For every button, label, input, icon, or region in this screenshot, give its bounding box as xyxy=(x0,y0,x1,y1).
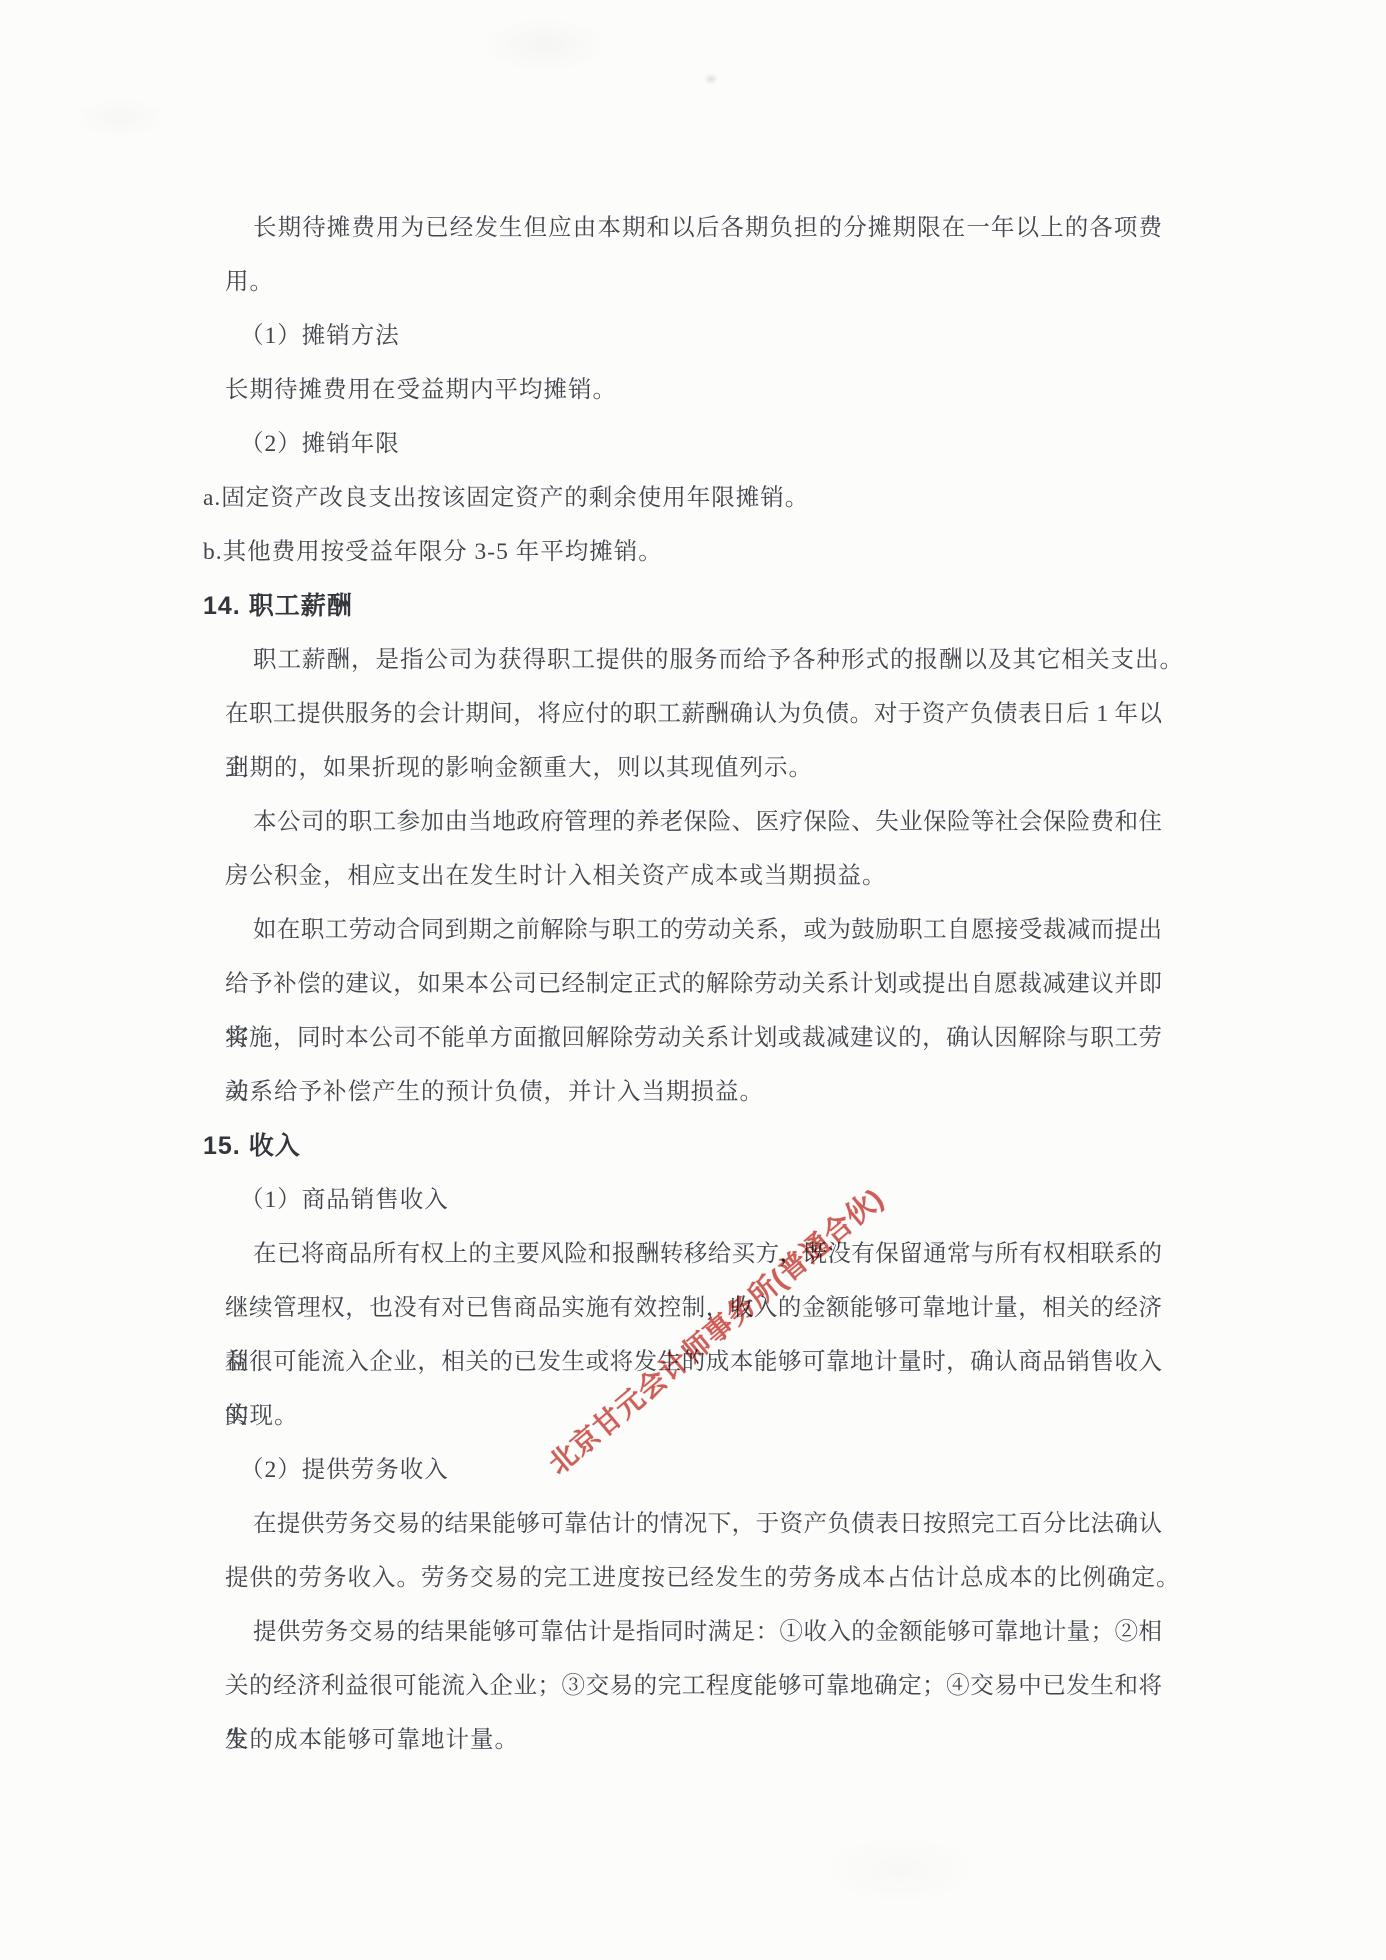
text-line: 生的成本能够可靠地计量。 xyxy=(225,1713,1162,1767)
text-line: （1）摊销方法 xyxy=(240,309,1162,363)
document-lines: 长期待摊费用为已经发生但应由本期和以后各期负担的分摊期限在一年以上的各项费用。（… xyxy=(200,201,1162,1767)
document-page: 长期待摊费用为已经发生但应由本期和以后各期负担的分摊期限在一年以上的各项费用。（… xyxy=(0,0,1386,1960)
text-line: 职工薪酬，是指公司为获得职工提供的服务而给予各种形式的报酬以及其它相关支出。 xyxy=(225,633,1162,687)
text-line: 长期待摊费用在受益期内平均摊销。 xyxy=(225,363,1162,417)
text-line: 长期待摊费用为已经发生但应由本期和以后各期负担的分摊期限在一年以上的各项费 xyxy=(225,201,1162,255)
text-line: （1）商品销售收入 xyxy=(240,1173,1162,1227)
section-heading: 15. 收入 xyxy=(203,1119,1162,1173)
text-line: a.固定资产改良支出按该固定资产的剩余使用年限摊销。 xyxy=(203,471,1162,525)
text-line: 用。 xyxy=(225,255,1162,309)
text-line: 在提供劳务交易的结果能够可靠估计的情况下，于资产负债表日按照完工百分比法确认 xyxy=(225,1497,1162,1551)
text-line: 实现。 xyxy=(225,1389,1162,1443)
text-line: 本公司的职工参加由当地政府管理的养老保险、医疗保险、失业保险等社会保险费和住 xyxy=(225,795,1162,849)
text-line: 如在职工劳动合同到期之前解除与职工的劳动关系，或为鼓励职工自愿接受裁减而提出 xyxy=(225,903,1162,957)
text-line: 提供的劳务收入。劳务交易的完工进度按已经发生的劳务成本占估计总成本的比例确定。 xyxy=(225,1551,1162,1605)
text-line: 到期的，如果折现的影响金额重大，则以其现值列示。 xyxy=(225,741,1162,795)
text-line: 房公积金，相应支出在发生时计入相关资产成本或当期损益。 xyxy=(225,849,1162,903)
text-line: 关系给予补偿产生的预计负债，并计入当期损益。 xyxy=(225,1065,1162,1119)
text-line: b.其他费用按受益年限分 3-5 年平均摊销。 xyxy=(203,525,1162,579)
text-line: 关的经济利益很可能流入企业；③交易的完工程度能够可靠地确定；④交易中已发生和将发 xyxy=(225,1659,1162,1713)
text-line: 在职工提供服务的会计期间，将应付的职工薪酬确认为负债。对于资产负债表日后 1 年… xyxy=(225,687,1162,741)
text-line: （2）提供劳务收入 xyxy=(240,1443,1162,1497)
section-heading: 14. 职工薪酬 xyxy=(203,579,1162,633)
text-line: 给予补偿的建议，如果本公司已经制定正式的解除劳动关系计划或提出自愿裁减建议并即将 xyxy=(225,957,1162,1011)
text-line: 实施，同时本公司不能单方面撤回解除劳动关系计划或裁减建议的，确认因解除与职工劳动 xyxy=(225,1011,1162,1065)
text-line: 提供劳务交易的结果能够可靠估计是指同时满足：①收入的金额能够可靠地计量；②相 xyxy=(225,1605,1162,1659)
text-line: （2）摊销年限 xyxy=(240,417,1162,471)
text-line: 在已将商品所有权上的主要风险和报酬转移给买方，既没有保留通常与所有权相联系的 xyxy=(225,1227,1162,1281)
